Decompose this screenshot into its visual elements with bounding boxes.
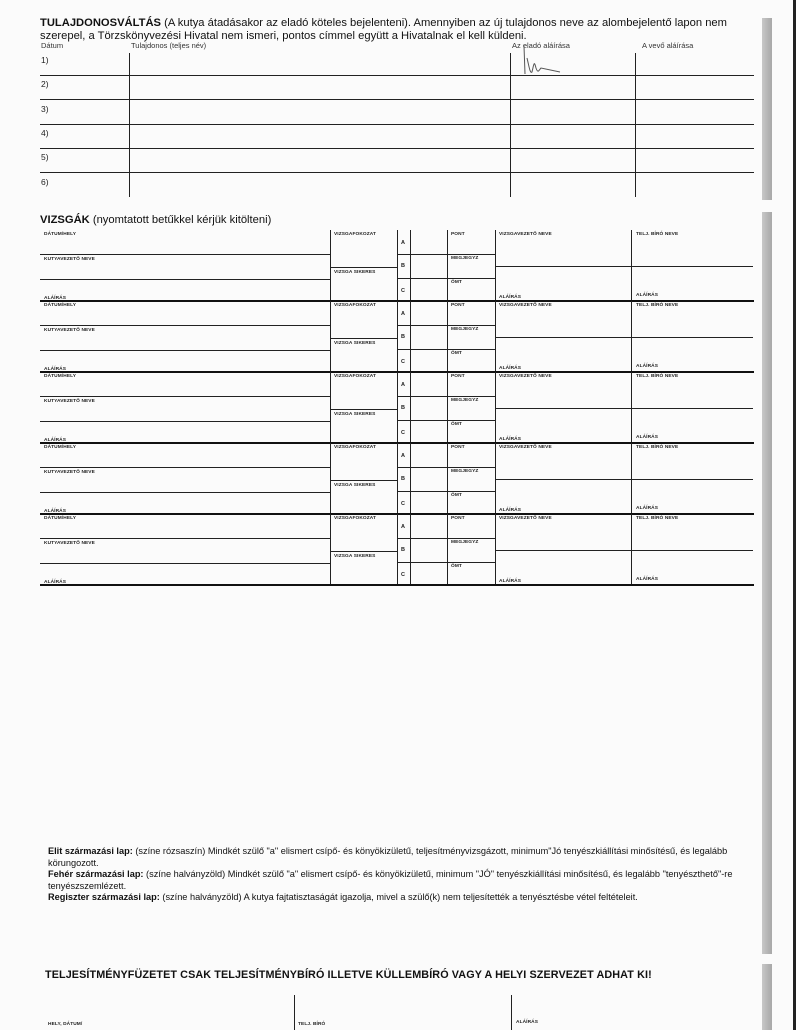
exams-heading: VIZSGÁK (nyomtatott betűkkel kérjük kitö… — [40, 214, 271, 227]
exams-title: VIZSGÁK — [40, 214, 90, 226]
note-white: Fehér származási lap: (színe halványzöld… — [48, 869, 748, 892]
judge-signature-label: ALÁÍRÁS — [636, 435, 658, 440]
exam-divider — [410, 301, 411, 371]
grade-c-label: C — [401, 572, 405, 578]
date-place-label: DÁTUM/HELY — [44, 445, 76, 450]
exam-divider — [447, 230, 448, 300]
exam-level-label: VIZSGAFOKOZAT — [334, 303, 376, 308]
handler-name-label: KUTYAVEZETŐ NEVE — [44, 399, 95, 404]
exam-divider — [330, 301, 331, 371]
ownership-divider-2 — [510, 53, 511, 197]
exam-level-label: VIZSGAFOKOZAT — [334, 374, 376, 379]
exam-line — [40, 350, 330, 351]
exam-passed-label: VIZSGA SIKERES — [334, 270, 375, 275]
remark-label: MEGJEGYZ — [451, 327, 478, 332]
judge-name-label: TELJ. BÍRÓ NEVE — [636, 232, 678, 237]
ownership-row-number: 5) — [41, 152, 49, 162]
footer-title: TELJESÍTMÉNYFÜZETET CSAK TELJESÍTMÉNYBÍR… — [45, 969, 652, 981]
grade-b-label: B — [401, 263, 405, 269]
exam-line — [330, 551, 397, 552]
exam-passed-label: VIZSGA SIKERES — [334, 341, 375, 346]
judge-name-label: TELJ. BÍRÓ NEVE — [636, 374, 678, 379]
exam-divider — [495, 230, 496, 300]
omt-label: ÖMT — [451, 422, 462, 427]
exam-line — [40, 325, 330, 326]
grade-b-label: B — [401, 334, 405, 340]
exam-line — [40, 467, 330, 468]
exam-line — [495, 479, 753, 480]
ownership-row-line — [40, 172, 754, 173]
exam-block-separator — [40, 584, 754, 586]
grade-b-label: B — [401, 405, 405, 411]
exam-line — [40, 492, 330, 493]
footer-judge-label: TELJ. BÍRÓ — [298, 1022, 325, 1027]
note-register: Regiszter származási lap: (színe halvány… — [48, 892, 748, 904]
exam-passed-label: VIZSGA SIKERES — [334, 483, 375, 488]
exam-line — [330, 338, 397, 339]
footer-signature-label: ALÁÍRÁS — [516, 1020, 538, 1025]
grade-c-label: C — [401, 430, 405, 436]
exam-divider — [631, 301, 632, 371]
points-label: PONT — [451, 374, 465, 379]
judge-signature-label: ALÁÍRÁS — [636, 364, 658, 369]
points-label: PONT — [451, 516, 465, 521]
remark-label: MEGJEGYZ — [451, 469, 478, 474]
exam-level-label: VIZSGAFOKOZAT — [334, 445, 376, 450]
exam-line — [397, 254, 495, 255]
ownership-row-line — [40, 99, 754, 100]
exam-divider — [330, 372, 331, 442]
grade-a-label: A — [401, 311, 405, 317]
exam-line — [397, 349, 495, 350]
exam-line — [397, 562, 495, 563]
exam-divider — [631, 443, 632, 513]
date-place-label: DÁTUM/HELY — [44, 374, 76, 379]
col-date-label: Dátum — [41, 41, 63, 50]
exam-line — [40, 563, 330, 564]
ownership-row-line — [40, 124, 754, 125]
exam-divider — [330, 230, 331, 300]
exam-line — [397, 396, 495, 397]
grade-a-label: A — [401, 524, 405, 530]
ownership-divider-1 — [129, 53, 130, 197]
note-white-title: Fehér származási lap: — [48, 869, 144, 879]
judge-signature-label: ALÁÍRÁS — [636, 577, 658, 582]
scan-shadow-top — [762, 18, 772, 200]
exam-divider — [447, 514, 448, 584]
handler-name-label: KUTYAVEZETŐ NEVE — [44, 257, 95, 262]
exam-line — [40, 254, 330, 255]
remark-label: MEGJEGYZ — [451, 256, 478, 261]
exam-leader-label: VIZSGAVEZETŐ NEVE — [499, 516, 552, 521]
grade-c-label: C — [401, 501, 405, 507]
scan-shadow-bottom — [762, 964, 772, 1030]
exam-leader-label: VIZSGAVEZETŐ NEVE — [499, 445, 552, 450]
exam-divider — [410, 372, 411, 442]
ownership-row-number: 6) — [41, 177, 49, 187]
omt-label: ÖMT — [451, 493, 462, 498]
grade-b-label: B — [401, 547, 405, 553]
col-buyer-sign-label: A vevő aláírása — [642, 41, 693, 50]
exam-level-label: VIZSGAFOKOZAT — [334, 232, 376, 237]
handler-name-label: KUTYAVEZETŐ NEVE — [44, 470, 95, 475]
judge-signature-label: ALÁÍRÁS — [636, 293, 658, 298]
exam-divider — [447, 443, 448, 513]
date-place-label: DÁTUM/HELY — [44, 516, 76, 521]
exam-level-label: VIZSGAFOKOZAT — [334, 516, 376, 521]
exam-divider — [397, 443, 398, 513]
ownership-heading: TULAJDONOSVÁLTÁS (A kutya átadásakor az … — [40, 17, 760, 43]
exam-line — [330, 409, 397, 410]
exam-divider — [495, 443, 496, 513]
grade-b-label: B — [401, 476, 405, 482]
exam-divider — [397, 230, 398, 300]
col-owner-label: Tulajdonos (teljes név) — [131, 41, 206, 50]
judge-name-label: TELJ. BÍRÓ NEVE — [636, 516, 678, 521]
footer-divider-2 — [511, 995, 512, 1030]
scan-shadow-middle — [762, 212, 772, 954]
handler-name-label: KUTYAVEZETŐ NEVE — [44, 328, 95, 333]
exam-leader-label: VIZSGAVEZETŐ NEVE — [499, 232, 552, 237]
exam-line — [495, 337, 753, 338]
exam-line — [40, 396, 330, 397]
exam-divider — [397, 372, 398, 442]
exam-leader-label: VIZSGAVEZETŐ NEVE — [499, 303, 552, 308]
grade-a-label: A — [401, 240, 405, 246]
exam-divider — [330, 443, 331, 513]
judge-name-label: TELJ. BÍRÓ NEVE — [636, 303, 678, 308]
note-register-text: (színe halványzöld) A kutya fajtatisztas… — [160, 892, 638, 902]
points-label: PONT — [451, 232, 465, 237]
exam-line — [397, 325, 495, 326]
exam-divider — [447, 372, 448, 442]
exam-divider — [397, 301, 398, 371]
date-place-label: DÁTUM/HELY — [44, 303, 76, 308]
exam-divider — [495, 514, 496, 584]
ownership-row-number: 1) — [41, 55, 49, 65]
points-label: PONT — [451, 445, 465, 450]
exam-line — [40, 538, 330, 539]
note-white-text: (színe halványzöld) Mindkét szülő "a" el… — [48, 869, 732, 891]
exam-divider — [495, 372, 496, 442]
exam-divider — [330, 514, 331, 584]
note-elite-title: Elit származási lap: — [48, 846, 133, 856]
exams-instructions: (nyomtatott betűkkel kérjük kitölteni) — [90, 214, 272, 226]
grade-c-label: C — [401, 288, 405, 294]
handler-name-label: KUTYAVEZETŐ NEVE — [44, 541, 95, 546]
grade-a-label: A — [401, 453, 405, 459]
ownership-row-line — [40, 75, 754, 76]
judge-name-label: TELJ. BÍRÓ NEVE — [636, 445, 678, 450]
exam-divider — [410, 443, 411, 513]
judge-signature-label: ALÁÍRÁS — [636, 506, 658, 511]
points-label: PONT — [451, 303, 465, 308]
exam-line — [397, 420, 495, 421]
exam-line — [397, 467, 495, 468]
omt-label: ÖMT — [451, 564, 462, 569]
exam-divider — [495, 301, 496, 371]
exam-divider — [631, 230, 632, 300]
ownership-row-number: 2) — [41, 79, 49, 89]
note-elite: Elit származási lap: (színe rózsaszín) M… — [48, 846, 748, 869]
exam-divider — [631, 514, 632, 584]
ownership-divider-3 — [635, 53, 636, 197]
pedigree-notes: Elit származási lap: (színe rózsaszín) M… — [48, 846, 748, 904]
exam-line — [40, 421, 330, 422]
exam-line — [495, 550, 753, 551]
date-place-label: DÁTUM/HELY — [44, 232, 76, 237]
exam-line — [397, 538, 495, 539]
ownership-row-number: 3) — [41, 104, 49, 114]
exam-divider — [631, 372, 632, 442]
note-elite-text: (színe rózsaszín) Mindkét szülő "a" elis… — [48, 846, 727, 868]
exam-divider — [410, 230, 411, 300]
exam-line — [397, 278, 495, 279]
exam-line — [330, 480, 397, 481]
ownership-row-line — [40, 148, 754, 149]
exam-passed-label: VIZSGA SIKERES — [334, 412, 375, 417]
exam-line — [397, 491, 495, 492]
ownership-row-number: 4) — [41, 128, 49, 138]
omt-label: ÖMT — [451, 280, 462, 285]
footer-place-date-label: HELY, DÁTUM/ — [48, 1022, 82, 1027]
exam-line — [495, 408, 753, 409]
note-register-title: Regiszter származási lap: — [48, 892, 160, 902]
exam-leader-label: VIZSGAVEZETŐ NEVE — [499, 374, 552, 379]
exam-passed-label: VIZSGA SIKERES — [334, 554, 375, 559]
ownership-title: TULAJDONOSVÁLTÁS — [40, 17, 161, 29]
omt-label: ÖMT — [451, 351, 462, 356]
exam-divider — [447, 301, 448, 371]
exam-divider — [397, 514, 398, 584]
grade-a-label: A — [401, 382, 405, 388]
exam-line — [40, 279, 330, 280]
footer-divider-1 — [294, 995, 295, 1030]
seller-signature — [516, 44, 576, 84]
remark-label: MEGJEGYZ — [451, 540, 478, 545]
remark-label: MEGJEGYZ — [451, 398, 478, 403]
exam-line — [495, 266, 753, 267]
exam-line — [330, 267, 397, 268]
exam-divider — [410, 514, 411, 584]
grade-c-label: C — [401, 359, 405, 365]
